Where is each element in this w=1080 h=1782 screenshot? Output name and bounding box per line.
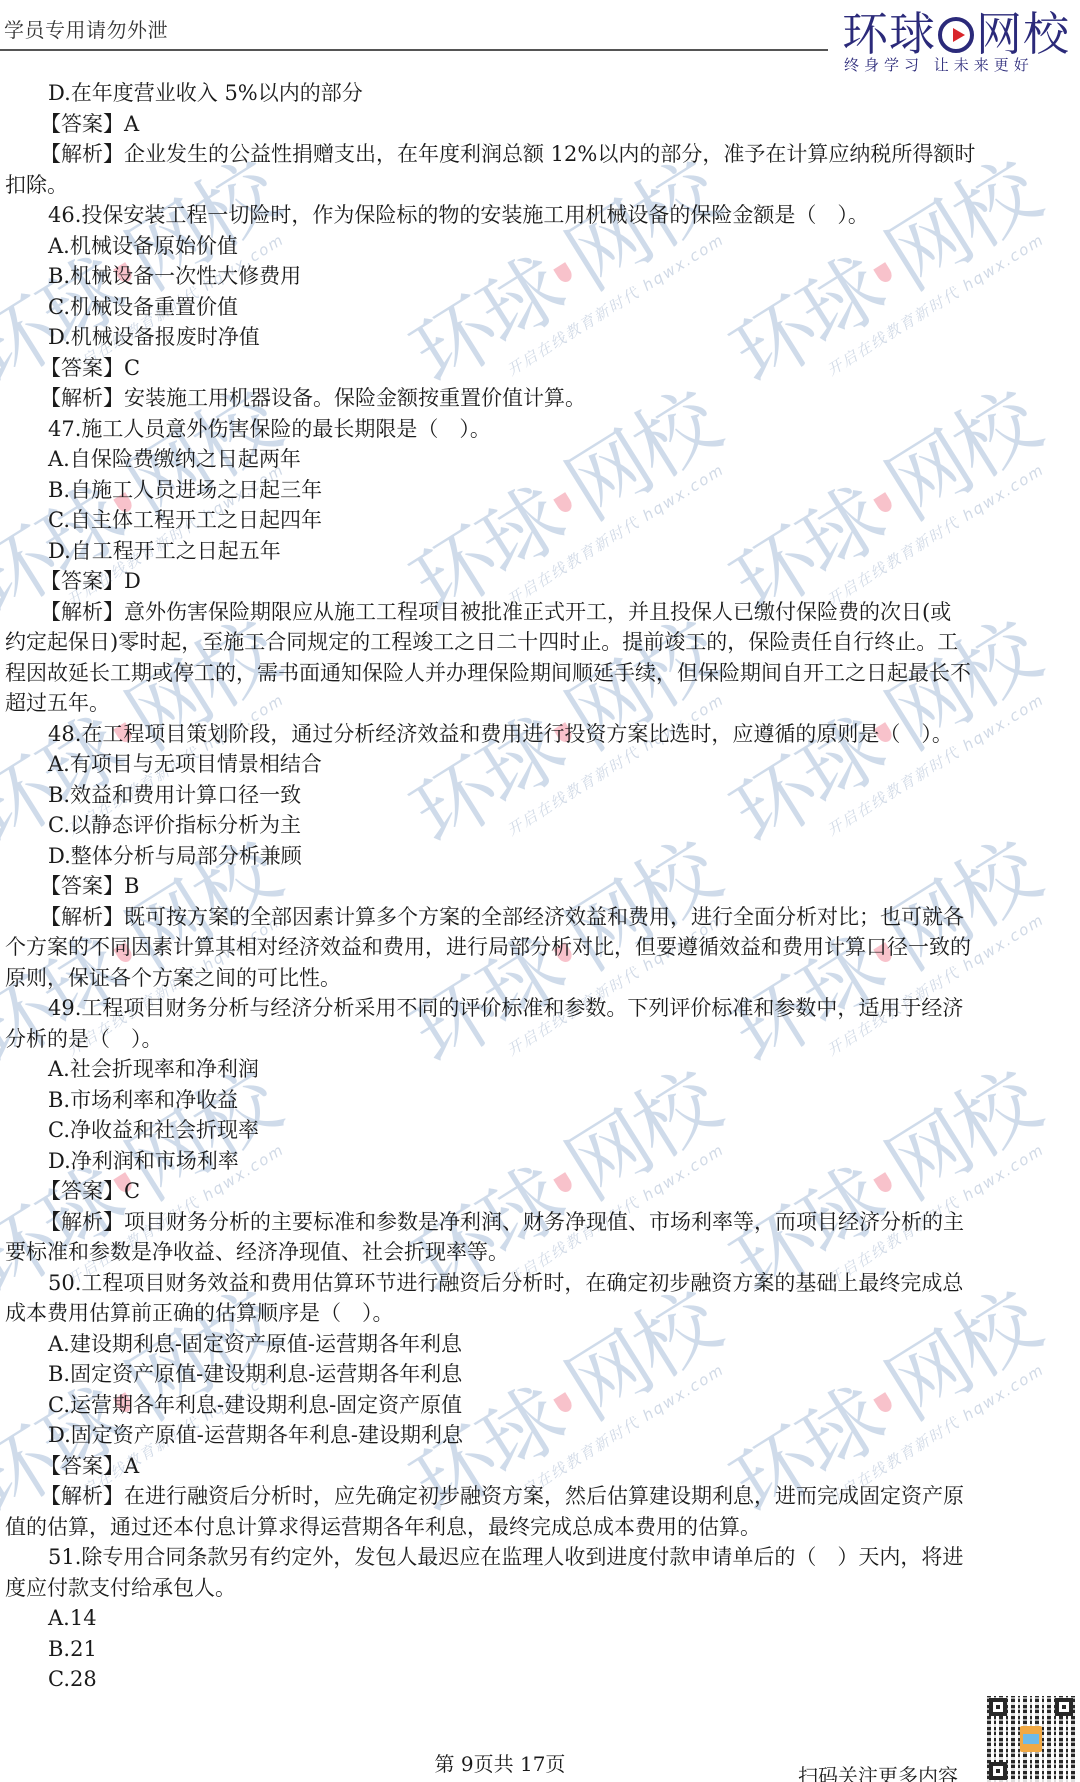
option-d: D.在年度营业收入 5%以内的部分 (0, 78, 1080, 109)
option-c: C.以静态评价指标分析为主 (0, 810, 1080, 841)
option-b: B.市场利率和净收益 (0, 1085, 1080, 1116)
answer: 【答案】A (0, 1451, 1080, 1482)
brand-logo: 环球网校 终身学习 让未来更好 (842, 0, 1078, 78)
explanation-line: 【解析】安装施工用机器设备。保险金额按重置价值计算。 (0, 383, 1080, 414)
explanation-line: 程因故延长工期或停工的，需书面通知保险人并办理保险期间顺延手续，但保险期间自开工… (0, 658, 1080, 689)
explanation-line: 原则，保证各个方案之间的可比性。 (0, 963, 1080, 994)
answer: 【答案】D (0, 566, 1080, 597)
question-50: 50.工程项目财务效益和费用估算环节进行融资后分析时，在确定初步融资方案的基础上… (0, 1268, 1080, 1543)
page-header: 学员专用请勿外泄 环球网校 终身学习 让未来更好 (0, 0, 1080, 78)
question-stem-cont: 成本费用估算前正确的估算顺序是（ ）。 (0, 1298, 1080, 1329)
explanation-line: 值的估算，通过还本付息计算求得运营期各年利息，最终完成总成本费用的估算。 (0, 1512, 1080, 1543)
brand-slogan: 终身学习 让未来更好 (844, 54, 1034, 75)
qr-center-logo (1020, 1726, 1042, 1752)
option-c: C.自主体工程开工之日起四年 (0, 505, 1080, 536)
option-c: C.28 (0, 1664, 1080, 1695)
option-a: A.自保险费缴纳之日起两年 (0, 444, 1080, 475)
option-c: C.机械设备重置价值 (0, 292, 1080, 323)
question-47: 47.施工人员意外伤害保险的最长期限是（ ）。 A.自保险费缴纳之日起两年 B.… (0, 414, 1080, 719)
option-b: B.21 (0, 1634, 1080, 1665)
option-d: D.整体分析与局部分析兼顾 (0, 841, 1080, 872)
option-c: C.运营期各年利息-建设期利息-固定资产原值 (0, 1390, 1080, 1421)
question-stem-cont: 度应付款支付给承包人。 (0, 1573, 1080, 1604)
play-icon (938, 17, 974, 53)
explanation-line: 个方案的不同因素计算其相对经济效益和费用，进行局部分析对比，但要遵循效益和费用计… (0, 932, 1080, 963)
explanation-line: 【解析】企业发生的公益性捐赠支出，在年度利润总额 12%以内的部分，准予在计算应… (0, 139, 1080, 170)
question-48: 48.在工程项目策划阶段，通过分析经济效益和费用进行投资方案比选时，应遵循的原则… (0, 719, 1080, 994)
explanation-line: 扣除。 (0, 170, 1080, 201)
document-body: D.在年度营业收入 5%以内的部分 【答案】A 【解析】企业发生的公益性捐赠支出… (0, 78, 1080, 1695)
question-stem: 50.工程项目财务效益和费用估算环节进行融资后分析时，在确定初步融资方案的基础上… (0, 1268, 1080, 1299)
option-d: D.固定资产原值-运营期各年利息-建设期利息 (0, 1420, 1080, 1451)
option-d: D.机械设备报废时净值 (0, 322, 1080, 353)
explanation-line: 【解析】项目财务分析的主要标准和参数是净利润、财务净现值、市场利率等，而项目经济… (0, 1207, 1080, 1238)
option-a: A.机械设备原始价值 (0, 231, 1080, 262)
qr-finder (1055, 1698, 1073, 1716)
scan-prompt: 扫码关注更多内容 (798, 1760, 958, 1782)
explanation-line: 【解析】意外伤害保险期限应从施工工程项目被批准正式开工，并且投保人已缴付保险费的… (0, 597, 1080, 628)
explanation-line: 要标准和参数是净收益、经济净现值、社会折现率等。 (0, 1237, 1080, 1268)
explanation-line: 【解析】既可按方案的全部因素计算多个方案的全部经济效益和费用，进行全面分析对比；… (0, 902, 1080, 933)
question-stem: 49.工程项目财务分析与经济分析采用不同的评价标准和参数。下列评价标准和参数中，… (0, 993, 1080, 1024)
option-a: A.建设期利息-固定资产原值-运营期各年利息 (0, 1329, 1080, 1360)
option-a: A.社会折现率和净利润 (0, 1054, 1080, 1085)
brand-name-right: 网校 (976, 7, 1070, 61)
question-49: 49.工程项目财务分析与经济分析采用不同的评价标准和参数。下列评价标准和参数中，… (0, 993, 1080, 1268)
qr-finder (989, 1762, 1007, 1780)
qr-finder (989, 1698, 1007, 1716)
option-a: A.有项目与无项目情景相结合 (0, 749, 1080, 780)
answer: 【答案】C (0, 1176, 1080, 1207)
question-45-tail: D.在年度营业收入 5%以内的部分 【答案】A 【解析】企业发生的公益性捐赠支出… (0, 78, 1080, 200)
question-stem: 51.除专用合同条款另有约定外，发包人最迟应在监理人收到进度付款申请单后的（ ）… (0, 1542, 1080, 1573)
option-b: B.机械设备一次性大修费用 (0, 261, 1080, 292)
option-d: D.自工程开工之日起五年 (0, 536, 1080, 567)
explanation-line: 约定起保日)零时起，至施工合同规定的工程竣工之日二十四时止。提前竣工的，保险责任… (0, 627, 1080, 658)
explanation-line: 超过五年。 (0, 688, 1080, 719)
option-b: B.固定资产原值-建设期利息-运营期各年利息 (0, 1359, 1080, 1390)
confidential-note: 学员专用请勿外泄 (4, 14, 168, 43)
option-b: B.效益和费用计算口径一致 (0, 780, 1080, 811)
brand-name-left: 环球 (842, 7, 936, 61)
question-46: 46.投保安装工程一切险时，作为保险标的物的安装施工用机械设备的保险金额是（ ）… (0, 200, 1080, 414)
qr-code-icon[interactable] (987, 1696, 1075, 1782)
answer: 【答案】A (0, 109, 1080, 140)
question-stem: 48.在工程项目策划阶段，通过分析经济效益和费用进行投资方案比选时，应遵循的原则… (0, 719, 1080, 750)
option-a: A.14 (0, 1603, 1080, 1634)
header-divider (0, 49, 828, 51)
question-51: 51.除专用合同条款另有约定外，发包人最迟应在监理人收到进度付款申请单后的（ ）… (0, 1542, 1080, 1695)
answer: 【答案】C (0, 353, 1080, 384)
option-c: C.净收益和社会折现率 (0, 1115, 1080, 1146)
question-stem: 46.投保安装工程一切险时，作为保险标的物的安装施工用机械设备的保险金额是（ ）… (0, 200, 1080, 231)
option-b: B.自施工人员进场之日起三年 (0, 475, 1080, 506)
question-stem: 47.施工人员意外伤害保险的最长期限是（ ）。 (0, 414, 1080, 445)
answer: 【答案】B (0, 871, 1080, 902)
question-stem-cont: 分析的是（ ）。 (0, 1024, 1080, 1055)
explanation-line: 【解析】在进行融资后分析时，应先确定初步融资方案，然后估算建设期利息，进而完成固… (0, 1481, 1080, 1512)
option-d: D.净利润和市场利率 (0, 1146, 1080, 1177)
